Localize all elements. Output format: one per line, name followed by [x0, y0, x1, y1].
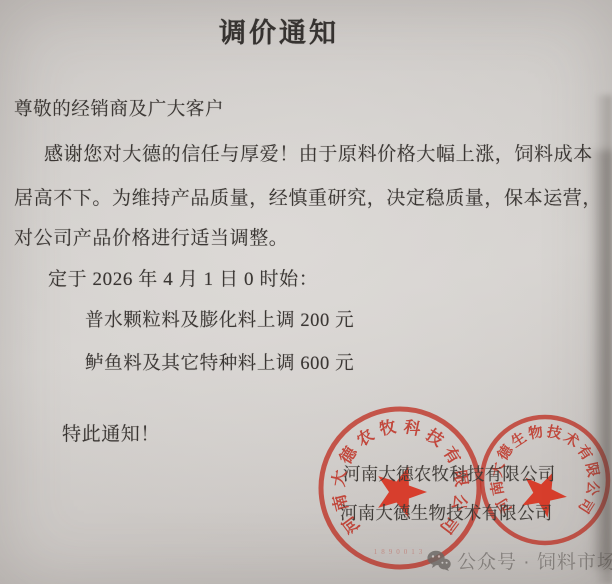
svg-text:物: 物 — [527, 422, 545, 443]
effective-date-line: 定于 2026 年 4 月 1 日 0 时始： — [48, 264, 318, 291]
closing-line: 特此通知！ — [62, 419, 160, 446]
svg-text:生: 生 — [508, 429, 530, 451]
watermark: 公众号 · 饲料市场 — [427, 547, 612, 574]
body-line-3: 对公司产品价格进行适当调整。 — [14, 223, 288, 250]
price-adjustment-line-1: 普水颗粒料及膨化料上调 200 元 — [85, 306, 354, 332]
svg-text:公: 公 — [583, 480, 602, 498]
seal-serial-number: 1890013 — [374, 548, 427, 556]
body-line-1: 感谢您对大德的信任与厚爱！由于原料价格大幅上涨，饲料成本 — [44, 139, 593, 166]
svg-text:科: 科 — [402, 416, 423, 439]
svg-text:有: 有 — [573, 441, 596, 464]
price-adjustment-line-2: 鲈鱼料及其它特种料上调 600 元 — [85, 349, 354, 375]
body-line-2: 居高不下。为维持产品质量，经慎重研究，决定稳质量，保本运营， — [14, 183, 602, 210]
wechat-icon — [427, 550, 451, 571]
svg-text:司: 司 — [575, 495, 598, 517]
photographed-notice-page: 调价通知 尊敬的经销商及广大客户 感谢您对大德的信任与厚爱！由于原料价格大幅上涨… — [0, 0, 612, 584]
salutation-line: 尊敬的经销商及广大客户 — [14, 95, 224, 121]
svg-text:农: 农 — [352, 424, 377, 450]
signature-company-2: 河南大德生物技术有限公司 — [340, 500, 552, 525]
page-title: 调价通知 — [219, 11, 339, 50]
svg-text:技: 技 — [545, 423, 564, 443]
svg-text:牧: 牧 — [378, 416, 399, 439]
svg-text:限: 限 — [582, 461, 603, 480]
watermark-label: 公众号 · 饲料市场 — [457, 547, 612, 574]
signature-company-1: 河南大德农牧科技有限公司 — [343, 461, 555, 486]
svg-text:技: 技 — [422, 424, 448, 451]
